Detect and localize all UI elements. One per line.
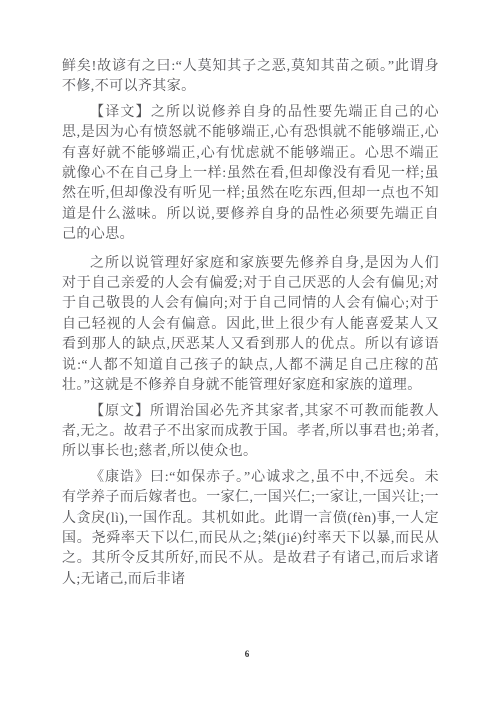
paragraph-translation-xiushen: 【译文】之所以说修养自身的品性要先端正自己的心思,是因为心有愤怒就不能够端正,心… — [62, 103, 439, 246]
paragraph-continuation: 鲜矣!故谚有之曰:“人莫知其子之恶,莫知其苗之硕。”此谓身不修,不可以齐其家。 — [62, 57, 439, 98]
document-body-text: 鲜矣!故谚有之曰:“人莫知其子之恶,莫知其苗之硕。”此谓身不修,不可以齐其家。 … — [62, 57, 439, 595]
document-page: 鲜矣!故谚有之曰:“人莫知其子之恶,莫知其苗之硕。”此谓身不修,不可以齐其家。 … — [0, 0, 500, 707]
paragraph-translation-qijia: 之所以说管理好家庭和家族要先修养自身,是因为人们对于自己亲爱的人会有偏爱;对于自… — [62, 254, 439, 397]
paragraph-original-text: 【原文】所谓治国必先齐其家者,其家不可教而能教人者,无之。故君子不出家而成教于国… — [62, 402, 439, 463]
paragraph-kanggao-quote: 《康诰》曰:“如保赤子。”心诚求之,虽不中,不远矣。未有学养子而后嫁者也。一家仁… — [62, 468, 439, 590]
page-number: 6 — [0, 649, 494, 659]
